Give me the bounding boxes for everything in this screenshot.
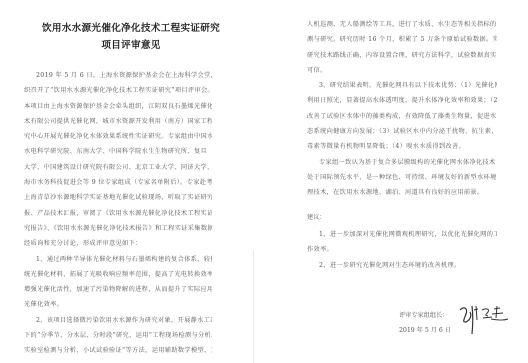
text-line: 统光催化材料，拓展了光吸收响应频率范围，提高了光电转换效率， bbox=[24, 267, 212, 282]
text-line: 经质询和充分讨论，形成评审意见如下： bbox=[24, 236, 212, 251]
text-line: 毒素等微量有机物明显降低；（4）嗅水水质得到改善。 bbox=[307, 139, 497, 154]
signature-date: 2019 年 5 月 6 日 bbox=[399, 325, 451, 334]
text-line: 光催化效率。 bbox=[24, 297, 212, 312]
document-page-left: 饮用水水源光催化净化技术工程实证研究 项目评审意见 2019 年 5 月 6 日… bbox=[0, 0, 262, 363]
text-line: 海市水务科技促进会等 9 位专家组成（专家名单附后）。专家赴考察了 bbox=[24, 175, 212, 190]
text-line: 本项目由上海水资源保护基金会牵头组织，江阴双良石墨烯光催化技 bbox=[24, 99, 212, 114]
left-body-text: 2019 年 5 月 6 日，上海水资源保护基金会在上海科学会堂，组 织召开了“… bbox=[24, 68, 212, 359]
text-line: 增强光催化活性，加速了污染物降解的进程，从而提升了实际应用中 bbox=[24, 282, 212, 297]
text-line: 织召开了“饮用水水源光催化净化技术工程实证研究”项目评审会。 bbox=[24, 83, 212, 98]
suggestion-item: 2、进一步研究光催化网对生态环境的改善机理。 bbox=[307, 258, 497, 273]
document-subtitle: 项目评审意见 bbox=[0, 37, 262, 51]
suggestion-item: 1、进一步加深对光催化网微观机理研究，以优化光催化网的工 bbox=[307, 227, 497, 242]
signature-icon bbox=[456, 300, 512, 336]
text-line: 究中心开展光催化净化水体效果系统性实证研究。专家组由中国水利 bbox=[24, 129, 212, 144]
text-line: 2019 年 5 月 6 日，上海水资源保护基金会在上海科学会堂，组 bbox=[24, 68, 212, 83]
text-line: 专家组一致认为基于复合多层膜级构的光催化网水体净化技术 bbox=[307, 155, 497, 170]
text-line: 大学、中国建筑设计研究院有限公司、北京工业大学、同济大学、上 bbox=[24, 160, 212, 175]
document-page-right: 人机巡测、无人船测绘等工具，进行了水质、水生态等相关指标的检 测与研究。研究历时… bbox=[264, 0, 528, 363]
text-line: 3、研究结果表明，光催化网具有以下技术优势：（1）光催化网 bbox=[307, 78, 497, 93]
text-line: 改善了试验区水体中的藻类构成，有效降低了藻类生物量，促进水生 bbox=[307, 109, 497, 124]
text-line: 研究技术路线正确，内容设置合理，研究方法科学，试验数据真实、 bbox=[307, 48, 497, 63]
suggestion-item: 作效率。 bbox=[307, 242, 497, 257]
text-line: 测与研究。研究历时 16 个月，积累了 5 万条个原始试验数据。实证 bbox=[307, 32, 497, 47]
text-line: 处于国际领先水平，是一种绿色、可持续、环境友好的新型水环境治 bbox=[307, 170, 497, 185]
page-divider bbox=[253, 250, 254, 363]
text-line: 水电科学研究院、东南大学、中国科学院水生生物研究所、复旦 bbox=[24, 144, 212, 159]
text-line: 态系统向健康方向发展；（3）试验区水中内分泌干扰物、抗生素、藻 bbox=[307, 124, 497, 139]
suggestions-heading: 建议： bbox=[307, 212, 326, 221]
right-body-text: 人机巡测、无人船测绘等工具，进行了水质、水生态等相关指标的检 测与研究。研究历时… bbox=[307, 17, 497, 201]
text-line: 报、产品技术汇报，审阅了《饮用水水源光催化净化技术工程实证研 bbox=[24, 206, 212, 221]
text-line: 实验室检测与分析、小试试验验证”等方法，运用辅助数学模型、无 bbox=[24, 343, 212, 358]
document-title: 饮用水水源光催化净化技术工程实证研究 bbox=[0, 20, 262, 34]
text-line: 1、通过两种半导体光催化材料与石墨烯构建的复合体系，较传 bbox=[24, 252, 212, 267]
text-line: 下的“分季节、分水层、分时段”研究，运用“工程现场检测与分析、 bbox=[24, 328, 212, 343]
text-line: 可信。 bbox=[307, 63, 497, 78]
text-line: 术有限公司提供光催化网，城市水资源开发利用（南方）国家工程研 bbox=[24, 114, 212, 129]
text-line: 2、该项目选择微污染饮用水水源作为研究对象，开展静水工况 bbox=[24, 313, 212, 328]
text-line: 理技术，在饮用水水源地、湖泊、河道具有良好的应用前景。 bbox=[307, 185, 497, 200]
text-line: 上海青草沙水源地科学实证基地光催化试验现场，听取了实证研究汇 bbox=[24, 190, 212, 205]
text-line: 利用日照光，显著提高水体透明度，提升水体净化效率和效果；（2） bbox=[307, 93, 497, 108]
text-line: 人机巡测、无人船测绘等工具，进行了水质、水生态等相关指标的检 bbox=[307, 17, 497, 32]
signer-role: 评审专家组组长： bbox=[399, 310, 449, 319]
suggestions-list: 1、进一步加深对光催化网微观机理研究，以优化光催化网的工 作效率。 2、进一步研… bbox=[307, 227, 497, 273]
text-line: 究报告》、《饮用水水源光催化净化技术报告》和工程实证采集数据， bbox=[24, 221, 212, 236]
